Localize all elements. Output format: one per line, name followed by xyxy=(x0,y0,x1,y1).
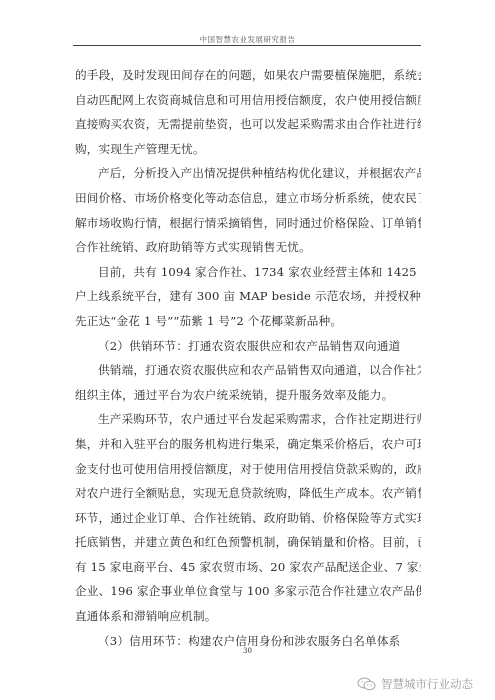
body-line: 供销端，打通农资农服供应和农产品销售双向通道，以合作社为 xyxy=(75,358,421,383)
body-line: 自动匹配网上农资商城信息和可用信用授信额度，农户使用授信额度 xyxy=(75,88,421,113)
body-line: 直接购买农资，无需提前垫资，也可以发起采购需求由合作社进行统 xyxy=(75,112,421,137)
body-line: 托底销售，并建立黄色和红色预警机制，确保销量和价格。目前，已 xyxy=(75,530,421,555)
body-line: 产后，分析投入产出情况提供种植结构优化建议，并根据农产品 xyxy=(75,161,421,186)
body-line: 有 15 家电商平台、45 家农贸市场、20 家农产品配送企业、7 家生鲜 xyxy=(75,555,421,580)
header-divider xyxy=(73,45,421,46)
body-line: 企业、196 家企事业单位食堂与 100 多家示范合作社建立农产品供销 xyxy=(75,579,421,604)
body-line: 购，实现生产管理无忧。 xyxy=(75,137,421,162)
body-line: 解市场收购行情，根据行情采摘销售，同时通过价格保险、订单销售、 xyxy=(75,211,421,236)
wechat-icon xyxy=(357,677,377,691)
section-heading: （2）供销环节：打通农资农服供应和农产品销售双向通道 xyxy=(75,334,421,359)
page-number: 30 xyxy=(0,647,495,655)
body-line: 目前，共有 1094 家合作社、1734 家农业经营主体和 1425 家农 xyxy=(75,260,421,285)
body-line: 的手段，及时发现田间存在的问题，如果农户需要植保施肥，系统会 xyxy=(75,63,421,88)
body-line: 户上线系统平台，建有 300 亩 MAP beside 示范农场，并授权种植了 xyxy=(75,284,421,309)
body-line: 组织主体，通过平台为农户统采统销，提升服务效率及能力。 xyxy=(75,383,421,408)
body-line: 环节，通过企业订单、合作社统销、政府助销、价格保险等方式实现 xyxy=(75,506,421,531)
body-line: 集，并和入驻平台的服务机构进行集采，确定集采价格后，农户可现 xyxy=(75,432,421,457)
body-line: 生产采购环节，农户通过平台发起采购需求，合作社定期进行归 xyxy=(75,407,421,432)
body-line: 对农户进行全额贴息，实现无息贷款统购，降低生产成本。农产销售 xyxy=(75,481,421,506)
body-line: 先正达“金花 1 号”“茄紫 1 号”2 个花椰菜新品种。 xyxy=(75,309,421,334)
watermark-text: 智慧城市行业动态 xyxy=(381,676,473,692)
body-line: 直通体系和滞销响应机制。 xyxy=(75,604,421,629)
body-line: 金支付也可使用信用授信额度，对于使用信用授信贷款采购的，政府 xyxy=(75,457,421,482)
watermark: 智慧城市行业动态 xyxy=(357,676,473,692)
body-line: 合作社统销、政府助销等方式实现销售无忧。 xyxy=(75,235,421,260)
page-body: 的手段，及时发现田间存在的问题，如果农户需要植保施肥，系统会 自动匹配网上农资商… xyxy=(75,63,421,653)
body-line: 田间价格、市场价格变化等动态信息，建立市场分析系统，使农民了 xyxy=(75,186,421,211)
running-header-title: 中国智慧农业发展研究报告 xyxy=(0,34,495,45)
